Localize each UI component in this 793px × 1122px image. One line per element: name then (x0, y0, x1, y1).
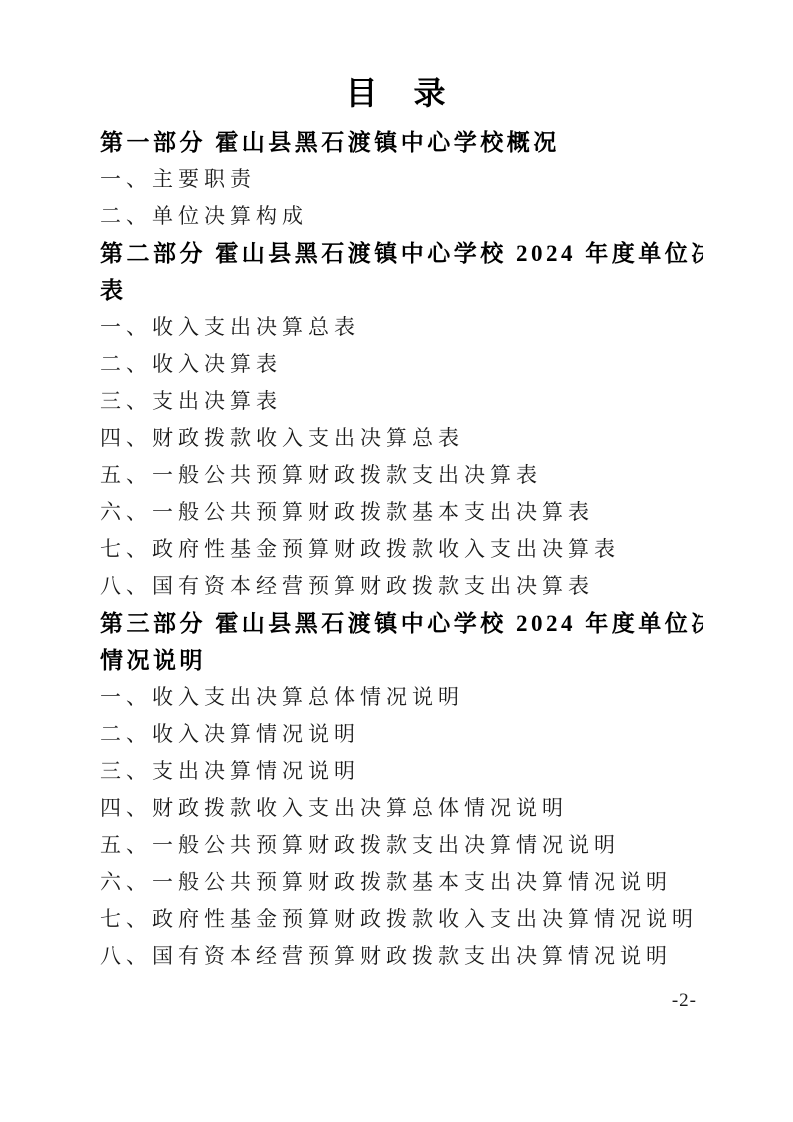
toc-section-3-title-line-1: 第三部分 霍山县黑石渡镇中心学校 2024 年度单位决算 (100, 605, 703, 642)
toc-item: 三、支出决算情况说明 (100, 753, 703, 790)
toc-item: 一、收入支出决算总体情况说明 (100, 679, 703, 716)
toc-item: 一、收入支出决算总表 (100, 309, 703, 346)
toc-item: 八、国有资本经营预算财政拨款支出决算表 (100, 568, 703, 605)
toc-item: 五、一般公共预算财政拨款支出决算表 (100, 457, 703, 494)
table-of-contents: 第一部分 霍山县黑石渡镇中心学校概况 一、主要职责 二、单位决算构成 第二部分 … (100, 124, 703, 975)
toc-item: 三、支出决算表 (100, 383, 703, 420)
page-number: -2- (672, 990, 697, 1012)
toc-item: 一、主要职责 (100, 161, 703, 198)
toc-item: 七、政府性基金预算财政拨款收入支出决算表 (100, 531, 703, 568)
toc-item: 六、一般公共预算财政拨款基本支出决算情况说明 (100, 864, 703, 901)
toc-item: 四、财政拨款收入支出决算总体情况说明 (100, 790, 703, 827)
toc-section-3-title-line-2: 情况说明 (100, 642, 703, 679)
toc-item: 五、一般公共预算财政拨款支出决算情况说明 (100, 827, 703, 864)
toc-item: 八、国有资本经营预算财政拨款支出决算情况说明 (100, 938, 703, 975)
toc-item: 二、收入决算表 (100, 346, 703, 383)
toc-section-2-title-line-1: 第二部分 霍山县黑石渡镇中心学校 2024 年度单位决算 (100, 235, 703, 272)
toc-item: 七、政府性基金预算财政拨款收入支出决算情况说明 (100, 901, 703, 938)
toc-item: 二、单位决算构成 (100, 198, 703, 235)
toc-section-2-title-line-2: 表 (100, 272, 703, 309)
toc-section-1-title: 第一部分 霍山县黑石渡镇中心学校概况 (100, 124, 703, 161)
toc-item: 二、收入决算情况说明 (100, 716, 703, 753)
toc-item: 六、一般公共预算财政拨款基本支出决算表 (100, 494, 703, 531)
toc-item: 四、财政拨款收入支出决算总表 (100, 420, 703, 457)
page-title: 目 录 (0, 72, 793, 114)
document-page: 目 录 第一部分 霍山县黑石渡镇中心学校概况 一、主要职责 二、单位决算构成 第… (0, 0, 793, 1122)
